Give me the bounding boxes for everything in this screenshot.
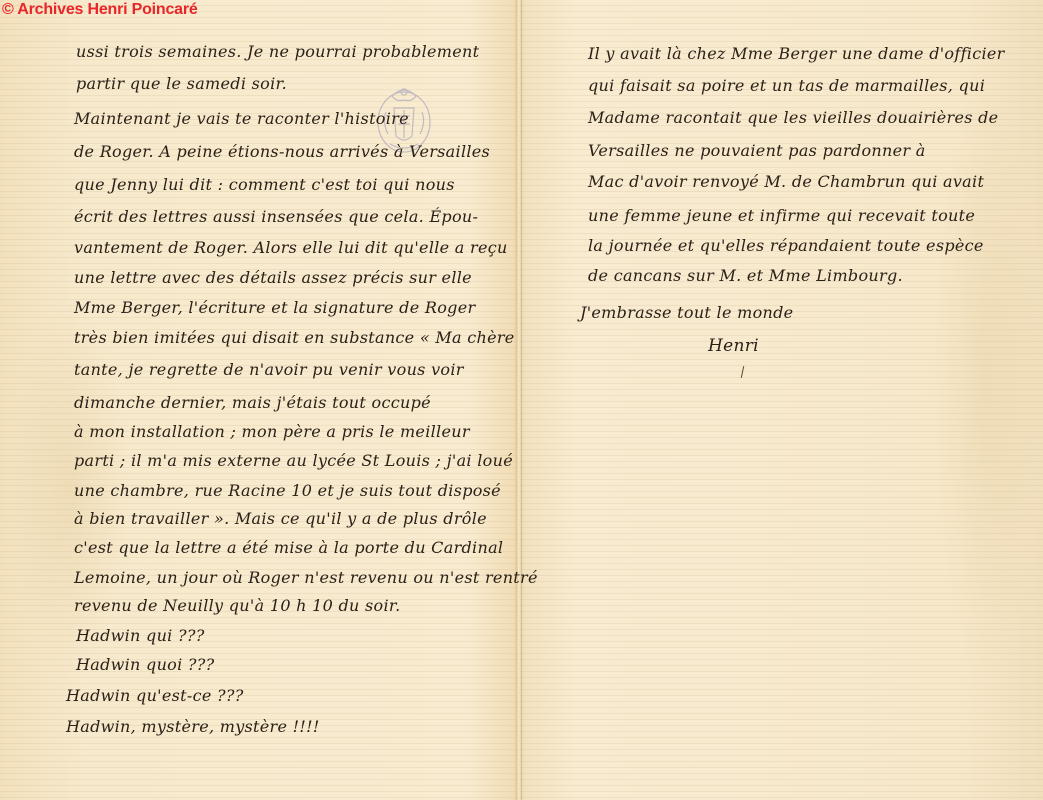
handwritten-line: Versailles ne pouvaient pas pardonner à (588, 141, 926, 160)
right-page: Il y avait là chez Mme Berger une dame d… (522, 0, 1043, 800)
handwritten-line: écrit des lettres aussi insensées que ce… (74, 207, 478, 226)
handwritten-line: à mon installation ; mon père a pris le … (74, 422, 470, 441)
handwritten-line: Mme Berger, l'écriture et la signature d… (74, 298, 475, 317)
handwritten-line: de Roger. A peine étions-nous arrivés à … (74, 142, 490, 161)
handwritten-line: Maintenant je vais te raconter l'histoir… (74, 109, 409, 128)
handwritten-line: qui faisait sa poire et un tas de marmai… (588, 76, 985, 95)
handwritten-line: Mac d'avoir renvoyé M. de Chambrun qui a… (588, 172, 984, 191)
handwritten-line: une chambre, rue Racine 10 et je suis to… (74, 481, 501, 500)
handwritten-line: Lemoine, un jour où Roger n'est revenu o… (74, 568, 538, 587)
handwritten-line: Il y avait là chez Mme Berger une dame d… (588, 44, 1005, 63)
letter-scan: © Archives Henri Poincaré ussi trois sem… (0, 0, 1043, 800)
handwritten-line: que Jenny lui dit : comment c'est toi qu… (74, 175, 455, 194)
handwritten-line: Hadwin qui ??? (76, 626, 205, 645)
handwritten-line: partir que le samedi soir. (76, 74, 287, 93)
handwritten-line: une femme jeune et infirme qui recevait … (588, 206, 975, 225)
handwritten-line: une lettre avec des détails assez précis… (74, 268, 472, 287)
handwritten-line: dimanche dernier, mais j'étais tout occu… (74, 393, 431, 412)
signature: Henri (708, 336, 759, 356)
closing-salutation: J'embrasse tout le monde (580, 303, 793, 322)
handwritten-line: Hadwin quoi ??? (76, 655, 215, 674)
handwritten-line: la journée et qu'elles répandaient toute… (588, 236, 984, 255)
handwritten-line: Hadwin qu'est-ce ??? (66, 686, 244, 705)
left-page: ussi trois semaines. Je ne pourrai proba… (0, 0, 515, 800)
handwritten-line: Madame racontait que les vieilles douair… (588, 108, 998, 127)
handwritten-line: à bien travailler ». Mais ce qu'il y a d… (74, 509, 487, 528)
handwritten-line: très bien imitées qui disait en substanc… (74, 328, 515, 347)
handwritten-line: parti ; il m'a mis externe au lycée St L… (74, 451, 513, 470)
handwritten-line: vantement de Roger. Alors elle lui dit q… (74, 238, 508, 257)
handwritten-line: revenu de Neuilly qu'à 10 h 10 du soir. (74, 596, 401, 615)
handwritten-line: tante, je regrette de n'avoir pu venir v… (74, 360, 464, 379)
handwritten-line: c'est que la lettre a été mise à la port… (74, 538, 503, 557)
handwritten-line: ussi trois semaines. Je ne pourrai proba… (76, 42, 479, 61)
handwritten-line: de cancans sur M. et Mme Limbourg. (588, 266, 903, 285)
handwritten-line: Hadwin, mystère, mystère !!!! (66, 717, 320, 736)
